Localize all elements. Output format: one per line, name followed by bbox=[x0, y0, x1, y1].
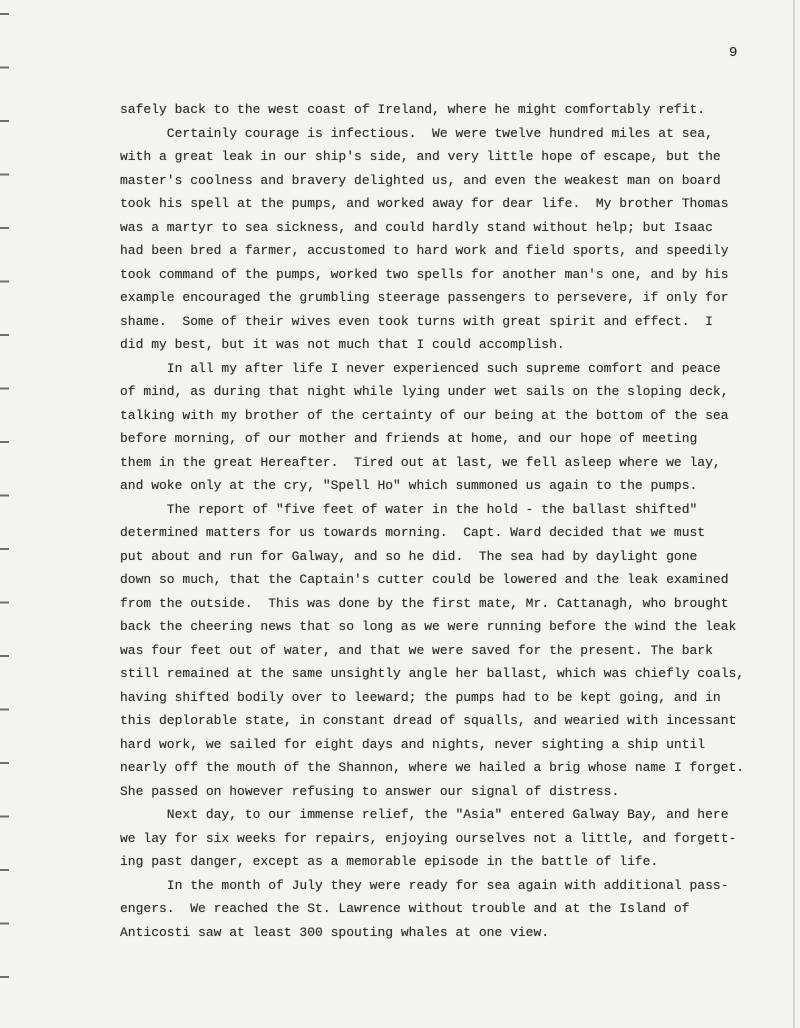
text-line: before morning, of our mother and friend… bbox=[120, 427, 792, 451]
paragraph: Next day, to our immense relief, the "As… bbox=[120, 803, 792, 874]
text-line: down so much, that the Captain's cutter … bbox=[120, 568, 792, 592]
text-line: Next day, to our immense relief, the "As… bbox=[120, 803, 792, 827]
text-line: of mind, as during that night while lyin… bbox=[120, 380, 792, 404]
text-line: still remained at the same unsightly ang… bbox=[120, 662, 792, 686]
text-line: nearly off the mouth of the Shannon, whe… bbox=[120, 756, 792, 780]
text-line: The report of "five feet of water in the… bbox=[120, 498, 792, 522]
text-line: them in the great Hereafter. Tired out a… bbox=[120, 451, 792, 475]
text-line: ing past danger, except as a memorable e… bbox=[120, 850, 792, 874]
text-block: safely back to the west coast of Ireland… bbox=[120, 98, 792, 944]
text-line: shame. Some of their wives even took tur… bbox=[120, 310, 792, 334]
text-line: took his spell at the pumps, and worked … bbox=[120, 192, 792, 216]
paragraph: safely back to the west coast of Ireland… bbox=[120, 98, 792, 122]
text-line: had been bred a farmer, accustomed to ha… bbox=[120, 239, 792, 263]
text-line: safely back to the west coast of Ireland… bbox=[120, 98, 792, 122]
binding-marks bbox=[0, 13, 9, 1015]
typewritten-page: 9 safely back to the west coast of Irela… bbox=[0, 0, 800, 1028]
text-line: took command of the pumps, worked two sp… bbox=[120, 263, 792, 287]
text-line: hard work, we sailed for eight days and … bbox=[120, 733, 792, 757]
text-line: with a great leak in our ship's side, an… bbox=[120, 145, 792, 169]
paragraph: The report of "five feet of water in the… bbox=[120, 498, 792, 804]
text-line: example encouraged the grumbling steerag… bbox=[120, 286, 792, 310]
text-line: was a martyr to sea sickness, and could … bbox=[120, 216, 792, 240]
text-line: master's coolness and bravery delighted … bbox=[120, 169, 792, 193]
paragraph: In all my after life I never experienced… bbox=[120, 357, 792, 498]
text-line: talking with my brother of the certainty… bbox=[120, 404, 792, 428]
text-line: back the cheering news that so long as w… bbox=[120, 615, 792, 639]
text-line: having shifted bodily over to leeward; t… bbox=[120, 686, 792, 710]
text-line: was four feet out of water, and that we … bbox=[120, 639, 792, 663]
paragraph: Certainly courage is infectious. We were… bbox=[120, 122, 792, 357]
text-line: In the month of July they were ready for… bbox=[120, 874, 792, 898]
text-line: Certainly courage is infectious. We were… bbox=[120, 122, 792, 146]
text-line: this deplorable state, in constant dread… bbox=[120, 709, 792, 733]
text-line: determined matters for us towards mornin… bbox=[120, 521, 792, 545]
text-line: Anticosti saw at least 300 spouting whal… bbox=[120, 921, 792, 945]
text-line: put about and run for Galway, and so he … bbox=[120, 545, 792, 569]
text-line: from the outside. This was done by the f… bbox=[120, 592, 792, 616]
text-line: In all my after life I never experienced… bbox=[120, 357, 792, 381]
paragraph: In the month of July they were ready for… bbox=[120, 874, 792, 945]
page-edge-line bbox=[793, 0, 795, 1028]
text-line: She passed on however refusing to answer… bbox=[120, 780, 792, 804]
page-number: 9 bbox=[729, 45, 737, 61]
text-line: did my best, but it was not much that I … bbox=[120, 333, 792, 357]
text-line: and woke only at the cry, "Spell Ho" whi… bbox=[120, 474, 792, 498]
text-line: engers. We reached the St. Lawrence with… bbox=[120, 897, 792, 921]
text-line: we lay for six weeks for repairs, enjoyi… bbox=[120, 827, 792, 851]
